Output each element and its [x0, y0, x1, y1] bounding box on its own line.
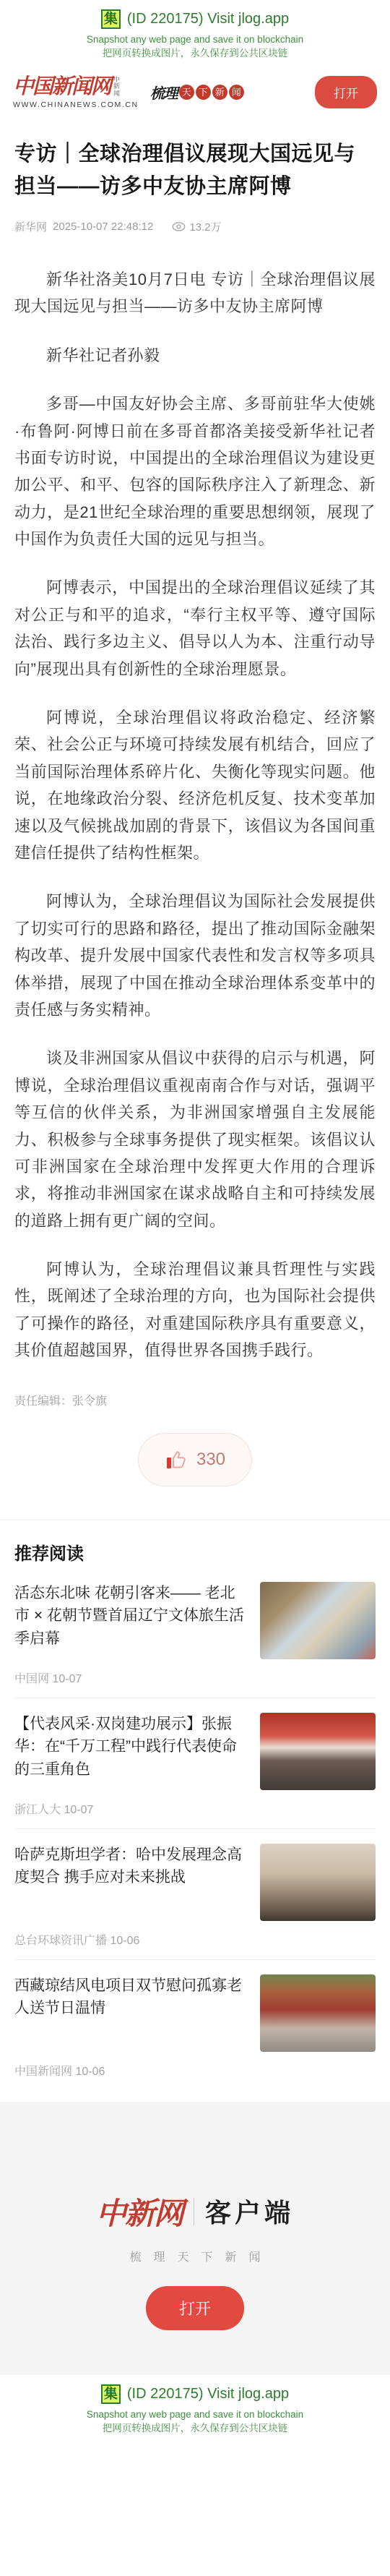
jlog-logo-icon: 集 [101, 9, 121, 29]
site-header: 中国新闻网 中新闻 WWW.CHINANEWS.COM.CN 梳理 天 下 新 … [0, 67, 390, 121]
eye-icon [172, 221, 186, 232]
like-button[interactable]: 330 [138, 1433, 252, 1486]
article-paragraph: 多哥—中国友好协会主席、多哥前驻华大使姚·布鲁阿·阿博日前在多哥首都洛美接受新华… [14, 390, 376, 552]
recommend-item[interactable]: 【代表风采·双岗建功展示】张振华：在“千万工程”中践行代表使命的三重角色 浙江人… [14, 1698, 376, 1829]
recommend-section-title: 推荐阅读 [14, 1539, 376, 1565]
recommend-item-title[interactable]: 【代表风采·双岗建功展示】张振华：在“千万工程”中践行代表使命的三重角色 [14, 1713, 250, 1790]
tagline-circle: 闻 [229, 85, 244, 100]
app-footer: 中新网 客户端 梳理天下新闻 打开 [0, 2102, 390, 2375]
recommend-thumbnail[interactable] [260, 1844, 376, 1921]
footer-app-logo: 中新网 客户端 [0, 2190, 390, 2233]
recommend-item-source: 中国新闻网 10-06 [14, 2062, 376, 2079]
open-app-button[interactable]: 打开 [315, 76, 377, 108]
footer-logo-divider [194, 2198, 194, 2225]
article: 专访｜全球治理倡议展现大国远见与担当——访多中友协主席阿博 新华网 2025-1… [0, 138, 390, 1486]
jlog-banner-link[interactable]: (ID 220175) Visit jlog.app [127, 2386, 289, 2402]
tagline-circle: 新 [212, 85, 227, 100]
recommend-section: 推荐阅读 活态东北味 花朝引客来—— 老北市 × 花朝节暨首届辽宁文体旅生活季启… [0, 1539, 390, 2090]
article-paragraph: 谈及非洲国家从倡议中获得的启示与机遇，阿博说，全球治理倡议重视南南合作与对话，强… [14, 1045, 376, 1234]
footer-client-label: 客户端 [205, 2193, 294, 2230]
recommend-thumbnail[interactable] [260, 1974, 376, 2052]
article-body: 新华社洛美10月7日电 专访｜全球治理倡议展现大国远见与担当——访多中友协主席阿… [14, 266, 376, 1364]
article-timestamp: 2025-10-07 22:48:12 [53, 221, 153, 233]
view-count-value: 13.2万 [189, 219, 221, 234]
chinanews-logo-mini: 中新闻 [113, 77, 120, 97]
jlog-banner-subtitle-zh: 把网页转换成图片，永久保存到公共区块链 [7, 47, 383, 61]
editor-line: 责任编辑：张令旗 [14, 1392, 376, 1408]
section-divider [0, 1520, 390, 1520]
header-tagline: 梳理 天 下 新 闻 [150, 82, 244, 103]
footer-open-app-button[interactable]: 打开 [146, 2286, 244, 2330]
jlog-banner-link[interactable]: (ID 220175) Visit jlog.app [127, 11, 289, 27]
article-meta: 新华网 2025-10-07 22:48:12 13.2万 [14, 219, 376, 234]
article-source: 新华网 [14, 219, 47, 234]
like-count: 330 [196, 1450, 225, 1470]
chinanews-logo[interactable]: 中国新闻网 中新闻 WWW.CHINANEWS.COM.CN [13, 76, 139, 109]
chinanews-logo-text: 中国新闻网 [13, 76, 110, 97]
article-paragraph: 阿博表示，中国提出的全球治理倡议延续了其对公正与和平的追求，“奉行主权平等、遵守… [14, 574, 376, 682]
footer-logo-text: 中新网 [96, 2190, 183, 2233]
recommend-item-source: 总台环球资讯广播 10-06 [14, 1931, 376, 1948]
jlog-logo-icon: 集 [101, 2384, 121, 2404]
jlog-banner-subtitle-zh: 把网页转换成图片，永久保存到公共区块链 [7, 2422, 383, 2436]
thumbs-up-icon [165, 1448, 188, 1471]
article-paragraph: 阿博认为，全球治理倡议为国际社会发展提供了切实可行的思路和路径，提出了推动国际金… [14, 888, 376, 1023]
recommend-item[interactable]: 西藏琼结风电项目双节慰问孤寡老人送节日温情 中国新闻网 10-06 [14, 1960, 376, 2090]
footer-tagline: 梳理天下新闻 [0, 2248, 390, 2264]
article-paragraph: 新华社洛美10月7日电 专访｜全球治理倡议展现大国远见与担当——访多中友协主席阿… [14, 266, 376, 320]
tagline-circle: 下 [196, 85, 211, 100]
recommend-item-title[interactable]: 哈萨克斯坦学者：哈中发展理念高度契合 携手应对未来挑战 [14, 1844, 250, 1921]
recommend-item-title[interactable]: 活态东北味 花朝引客来—— 老北市 × 花朝节暨首届辽宁文体旅生活季启幕 [14, 1582, 250, 1659]
recommend-item-source: 中国网 10-07 [14, 1669, 376, 1686]
article-title: 专访｜全球治理倡议展现大国远见与担当——访多中友协主席阿博 [14, 138, 376, 203]
recommend-thumbnail[interactable] [260, 1582, 376, 1659]
article-paragraph: 新华社记者孙毅 [14, 342, 376, 369]
recommend-item[interactable]: 活态东北味 花朝引客来—— 老北市 × 花朝节暨首届辽宁文体旅生活季启幕 中国网… [14, 1567, 376, 1698]
recommend-item-title[interactable]: 西藏琼结风电项目双节慰问孤寡老人送节日温情 [14, 1974, 250, 2052]
recommend-item[interactable]: 哈萨克斯坦学者：哈中发展理念高度契合 携手应对未来挑战 总台环球资讯广播 10-… [14, 1829, 376, 1960]
article-paragraph: 阿博说，全球治理倡议将政治稳定、经济繁荣、社会公正与环境可持续发展有机结合，回应… [14, 704, 376, 866]
recommend-thumbnail[interactable] [260, 1713, 376, 1790]
view-count: 13.2万 [172, 219, 221, 234]
jlog-banner-subtitle-en: Snapshot any web page and save it on blo… [7, 33, 383, 47]
jlog-banner-top[interactable]: 集 (ID 220175) Visit jlog.app Snapshot an… [0, 0, 390, 67]
jlog-banner-subtitle-en: Snapshot any web page and save it on blo… [7, 2408, 383, 2422]
tagline-circle: 天 [179, 85, 194, 100]
recommend-item-source: 浙江人大 10-07 [14, 1800, 376, 1817]
jlog-banner-bottom[interactable]: 集 (ID 220175) Visit jlog.app Snapshot an… [0, 2375, 390, 2442]
article-paragraph: 阿博认为，全球治理倡议兼具哲理性与实践性，既阐述了全球治理的方向，也为国际社会提… [14, 1256, 376, 1364]
chinanews-url: WWW.CHINANEWS.COM.CN [13, 100, 139, 109]
